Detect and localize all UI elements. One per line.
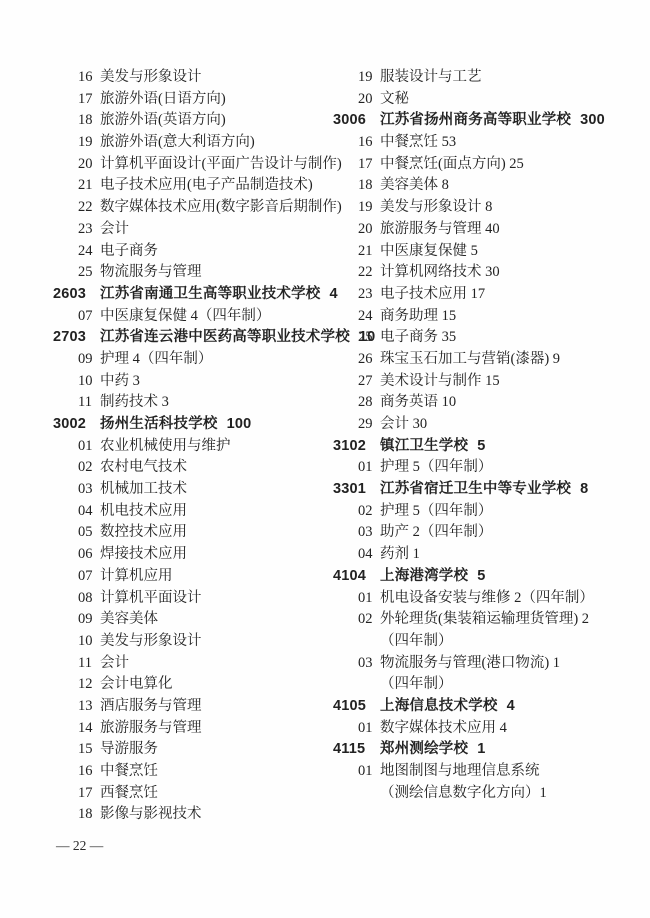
program-label: 西餐烹饪 xyxy=(100,783,158,805)
program-number: 03 xyxy=(358,653,380,675)
school-quota-count: 5 xyxy=(477,566,485,588)
continuation-label: （四年制） xyxy=(380,631,453,653)
program-label: 美容美体 8 xyxy=(380,175,449,197)
program-row: 02护理 5（四年制） xyxy=(333,501,633,523)
program-label: 中药 3 xyxy=(100,371,140,393)
program-number: 08 xyxy=(78,588,100,610)
list-column-right: 19服装设计与工艺20文秘3006江苏省扬州商务高等职业学校30016中餐烹饪 … xyxy=(333,67,633,804)
school-row: 2703江苏省连云港中医药高等职业技术学校10 xyxy=(53,327,345,349)
continuation-row: （测绘信息数字化方向）1 xyxy=(333,783,633,805)
program-label: 计算机应用 xyxy=(100,566,173,588)
program-label: 中餐烹饪 53 xyxy=(380,132,456,154)
program-row: 01数字媒体技术应用 4 xyxy=(333,718,633,740)
program-number: 01 xyxy=(78,436,100,458)
program-row: 06焊接技术应用 xyxy=(53,544,345,566)
program-number: 27 xyxy=(358,371,380,393)
school-code: 3006 xyxy=(333,110,380,132)
program-number: 10 xyxy=(78,631,100,653)
program-row: 02外轮理货(集装箱运输理货管理) 2 xyxy=(333,609,633,631)
program-number: 01 xyxy=(358,761,380,783)
program-label: 农业机械使用与维护 xyxy=(100,436,231,458)
program-row: 03机械加工技术 xyxy=(53,479,345,501)
program-row: 01机电设备安装与维修 2（四年制） xyxy=(333,588,633,610)
program-number: 20 xyxy=(358,89,380,111)
program-label: 中医康复保健 5 xyxy=(380,241,478,263)
program-label: 中餐烹饪 xyxy=(100,761,158,783)
program-row: 09美容美体 xyxy=(53,609,345,631)
program-number: 07 xyxy=(78,306,100,328)
page-number: — 22 — xyxy=(56,838,103,854)
program-number: 02 xyxy=(78,457,100,479)
school-name: 江苏省扬州商务高等职业学校 xyxy=(380,110,571,132)
continuation-row: （四年制） xyxy=(333,631,633,653)
program-label: 旅游外语(意大利语方向) xyxy=(100,132,255,154)
program-label: 会计电算化 xyxy=(100,674,173,696)
program-row: 16中餐烹饪 xyxy=(53,761,345,783)
program-label: 美发与形象设计 xyxy=(100,631,202,653)
document-page: 16美发与形象设计17旅游外语(日语方向)18旅游外语(英语方向)19旅游外语(… xyxy=(0,0,650,918)
program-label: 物流服务与管理 xyxy=(100,262,202,284)
program-row: 13酒店服务与管理 xyxy=(53,696,345,718)
school-name: 郑州测绘学校 xyxy=(380,739,468,761)
program-row: 10美发与形象设计 xyxy=(53,631,345,653)
program-label: 旅游服务与管理 xyxy=(100,718,202,740)
continuation-row: （四年制） xyxy=(333,674,633,696)
program-number: 10 xyxy=(78,371,100,393)
program-row: 09护理 4（四年制） xyxy=(53,349,345,371)
program-row: 03助产 2（四年制） xyxy=(333,522,633,544)
program-label: 焊接技术应用 xyxy=(100,544,187,566)
program-row: 24商务助理 15 xyxy=(333,306,633,328)
program-row: 24电子商务 xyxy=(53,241,345,263)
program-label: 电子技术应用 17 xyxy=(380,284,485,306)
program-row: 05数控技术应用 xyxy=(53,522,345,544)
program-row: 27美术设计与制作 15 xyxy=(333,371,633,393)
program-number: 15 xyxy=(78,739,100,761)
program-number: 05 xyxy=(78,522,100,544)
school-row: 2603江苏省南通卫生高等职业技术学校4 xyxy=(53,284,345,306)
program-label: 会计 30 xyxy=(380,414,427,436)
program-label: 计算机平面设计(平面广告设计与制作) xyxy=(100,154,342,176)
program-row: 17旅游外语(日语方向) xyxy=(53,89,345,111)
program-row: 21电子技术应用(电子产品制造技术) xyxy=(53,175,345,197)
program-number: 19 xyxy=(358,67,380,89)
program-number: 16 xyxy=(78,761,100,783)
program-row: 18旅游外语(英语方向) xyxy=(53,110,345,132)
program-label: 外轮理货(集装箱运输理货管理) 2 xyxy=(380,609,589,631)
program-row: 25物流服务与管理 xyxy=(53,262,345,284)
program-number: 28 xyxy=(358,392,380,414)
program-row: 11会计 xyxy=(53,653,345,675)
program-row: 01护理 5（四年制） xyxy=(333,457,633,479)
program-label: 美发与形象设计 xyxy=(100,67,202,89)
program-row: 16中餐烹饪 53 xyxy=(333,132,633,154)
program-number: 17 xyxy=(78,89,100,111)
program-label: 旅游外语(英语方向) xyxy=(100,110,226,132)
school-quota-count: 300 xyxy=(580,110,605,132)
school-quota-count: 8 xyxy=(580,479,588,501)
program-number: 06 xyxy=(78,544,100,566)
school-quota-count: 4 xyxy=(507,696,515,718)
program-number: 25 xyxy=(78,262,100,284)
school-row: 3102镇江卫生学校5 xyxy=(333,436,633,458)
program-label: 文秘 xyxy=(380,89,409,111)
program-number: 12 xyxy=(78,674,100,696)
program-number: 22 xyxy=(78,197,100,219)
program-number: 04 xyxy=(78,501,100,523)
school-code: 2703 xyxy=(53,327,100,349)
program-row: 01农业机械使用与维护 xyxy=(53,436,345,458)
program-number: 25 xyxy=(358,327,380,349)
program-number: 21 xyxy=(78,175,100,197)
school-code: 4104 xyxy=(333,566,380,588)
program-row: 08计算机平面设计 xyxy=(53,588,345,610)
program-number: 18 xyxy=(358,175,380,197)
school-code: 3301 xyxy=(333,479,380,501)
program-label: 制药技术 3 xyxy=(100,392,169,414)
list-column-left: 16美发与形象设计17旅游外语(日语方向)18旅游外语(英语方向)19旅游外语(… xyxy=(53,67,345,826)
program-row: 22计算机网络技术 30 xyxy=(333,262,633,284)
program-label: 机电设备安装与维修 2（四年制） xyxy=(380,588,594,610)
program-label: 计算机平面设计 xyxy=(100,588,202,610)
program-number: 14 xyxy=(78,718,100,740)
program-number: 09 xyxy=(78,349,100,371)
program-number: 01 xyxy=(358,718,380,740)
program-label: 机电技术应用 xyxy=(100,501,187,523)
program-row: 19美发与形象设计 8 xyxy=(333,197,633,219)
program-label: 数字媒体技术应用 4 xyxy=(380,718,507,740)
school-quota-count: 1 xyxy=(477,739,485,761)
program-row: 20旅游服务与管理 40 xyxy=(333,219,633,241)
program-number: 17 xyxy=(78,783,100,805)
program-label: 数字媒体技术应用(数字影音后期制作) xyxy=(100,197,342,219)
school-row: 3301江苏省宿迁卫生中等专业学校8 xyxy=(333,479,633,501)
program-label: 商务英语 10 xyxy=(380,392,456,414)
program-number: 02 xyxy=(358,501,380,523)
program-row: 15导游服务 xyxy=(53,739,345,761)
program-row: 17西餐烹饪 xyxy=(53,783,345,805)
program-number: 18 xyxy=(78,110,100,132)
program-number: 23 xyxy=(358,284,380,306)
school-name: 扬州生活科技学校 xyxy=(100,414,218,436)
program-label: 商务助理 15 xyxy=(380,306,456,328)
school-quota-count: 5 xyxy=(477,436,485,458)
school-name: 镇江卫生学校 xyxy=(380,436,468,458)
program-row: 02农村电气技术 xyxy=(53,457,345,479)
program-label: 美容美体 xyxy=(100,609,158,631)
program-number: 20 xyxy=(358,219,380,241)
program-row: 19服装设计与工艺 xyxy=(333,67,633,89)
school-name: 江苏省南通卫生高等职业技术学校 xyxy=(100,284,321,306)
program-row: 17中餐烹饪(面点方向) 25 xyxy=(333,154,633,176)
program-number: 17 xyxy=(358,154,380,176)
program-row: 07中医康复保健 4（四年制） xyxy=(53,306,345,328)
program-number: 09 xyxy=(78,609,100,631)
school-name: 上海信息技术学校 xyxy=(380,696,498,718)
program-row: 03物流服务与管理(港口物流) 1 xyxy=(333,653,633,675)
school-row: 4115郑州测绘学校1 xyxy=(333,739,633,761)
program-label: 护理 5（四年制） xyxy=(380,501,492,523)
program-row: 12会计电算化 xyxy=(53,674,345,696)
program-number: 16 xyxy=(358,132,380,154)
school-name: 上海港湾学校 xyxy=(380,566,468,588)
program-row: 01地图制图与地理信息系统 xyxy=(333,761,633,783)
program-label: 地图制图与地理信息系统 xyxy=(380,761,540,783)
program-row: 04药剂 1 xyxy=(333,544,633,566)
program-row: 18美容美体 8 xyxy=(333,175,633,197)
program-number: 07 xyxy=(78,566,100,588)
program-label: 物流服务与管理(港口物流) 1 xyxy=(380,653,560,675)
program-label: 数控技术应用 xyxy=(100,522,187,544)
program-number: 03 xyxy=(78,479,100,501)
program-label: 会计 xyxy=(100,653,129,675)
program-row: 11制药技术 3 xyxy=(53,392,345,414)
continuation-label: （测绘信息数字化方向）1 xyxy=(380,783,547,805)
program-number: 29 xyxy=(358,414,380,436)
program-row: 07计算机应用 xyxy=(53,566,345,588)
program-label: 旅游服务与管理 40 xyxy=(380,219,500,241)
program-number: 11 xyxy=(78,392,100,414)
program-label: 珠宝玉石加工与营销(漆器) 9 xyxy=(380,349,560,371)
program-row: 10中药 3 xyxy=(53,371,345,393)
program-number: 19 xyxy=(78,132,100,154)
program-label: 中医康复保健 4（四年制） xyxy=(100,306,270,328)
program-label: 电子技术应用(电子产品制造技术) xyxy=(100,175,313,197)
program-row: 23会计 xyxy=(53,219,345,241)
program-number: 22 xyxy=(358,262,380,284)
program-label: 电子商务 35 xyxy=(380,327,456,349)
program-number: 02 xyxy=(358,609,380,631)
school-code: 2603 xyxy=(53,284,100,306)
school-row: 4105上海信息技术学校4 xyxy=(333,696,633,718)
program-row: 28商务英语 10 xyxy=(333,392,633,414)
program-row: 20计算机平面设计(平面广告设计与制作) xyxy=(53,154,345,176)
program-row: 18影像与影视技术 xyxy=(53,804,345,826)
school-code: 4105 xyxy=(333,696,380,718)
school-row: 3002扬州生活科技学校100 xyxy=(53,414,345,436)
school-code: 3102 xyxy=(333,436,380,458)
program-number: 03 xyxy=(358,522,380,544)
program-row: 23电子技术应用 17 xyxy=(333,284,633,306)
school-code: 3002 xyxy=(53,414,100,436)
program-label: 药剂 1 xyxy=(380,544,420,566)
program-number: 01 xyxy=(358,457,380,479)
program-number: 23 xyxy=(78,219,100,241)
program-label: 护理 5（四年制） xyxy=(380,457,492,479)
program-number: 21 xyxy=(358,241,380,263)
program-number: 01 xyxy=(358,588,380,610)
program-label: 影像与影视技术 xyxy=(100,804,202,826)
continuation-label: （四年制） xyxy=(380,674,453,696)
program-label: 酒店服务与管理 xyxy=(100,696,202,718)
program-row: 29会计 30 xyxy=(333,414,633,436)
school-name: 江苏省连云港中医药高等职业技术学校 xyxy=(100,327,350,349)
program-label: 护理 4（四年制） xyxy=(100,349,212,371)
program-number: 20 xyxy=(78,154,100,176)
program-label: 助产 2（四年制） xyxy=(380,522,492,544)
program-label: 服装设计与工艺 xyxy=(380,67,482,89)
program-row: 14旅游服务与管理 xyxy=(53,718,345,740)
program-number: 19 xyxy=(358,197,380,219)
school-quota-count: 100 xyxy=(227,414,252,436)
program-label: 旅游外语(日语方向) xyxy=(100,89,226,111)
program-row: 16美发与形象设计 xyxy=(53,67,345,89)
program-number: 16 xyxy=(78,67,100,89)
program-label: 计算机网络技术 30 xyxy=(380,262,500,284)
program-row: 04机电技术应用 xyxy=(53,501,345,523)
program-row: 25电子商务 35 xyxy=(333,327,633,349)
program-number: 26 xyxy=(358,349,380,371)
program-number: 04 xyxy=(358,544,380,566)
program-label: 机械加工技术 xyxy=(100,479,187,501)
program-row: 26珠宝玉石加工与营销(漆器) 9 xyxy=(333,349,633,371)
program-row: 22数字媒体技术应用(数字影音后期制作) xyxy=(53,197,345,219)
program-number: 24 xyxy=(78,241,100,263)
school-row: 4104上海港湾学校5 xyxy=(333,566,633,588)
program-label: 美术设计与制作 15 xyxy=(380,371,500,393)
program-label: 电子商务 xyxy=(100,241,158,263)
program-row: 19旅游外语(意大利语方向) xyxy=(53,132,345,154)
program-label: 美发与形象设计 8 xyxy=(380,197,492,219)
program-label: 中餐烹饪(面点方向) 25 xyxy=(380,154,524,176)
program-label: 导游服务 xyxy=(100,739,158,761)
school-code: 4115 xyxy=(333,739,380,761)
program-number: 13 xyxy=(78,696,100,718)
program-number: 24 xyxy=(358,306,380,328)
program-number: 11 xyxy=(78,653,100,675)
program-number: 18 xyxy=(78,804,100,826)
program-row: 21中医康复保健 5 xyxy=(333,241,633,263)
school-name: 江苏省宿迁卫生中等专业学校 xyxy=(380,479,571,501)
school-row: 3006江苏省扬州商务高等职业学校300 xyxy=(333,110,633,132)
program-row: 20文秘 xyxy=(333,89,633,111)
program-label: 会计 xyxy=(100,219,129,241)
program-label: 农村电气技术 xyxy=(100,457,187,479)
